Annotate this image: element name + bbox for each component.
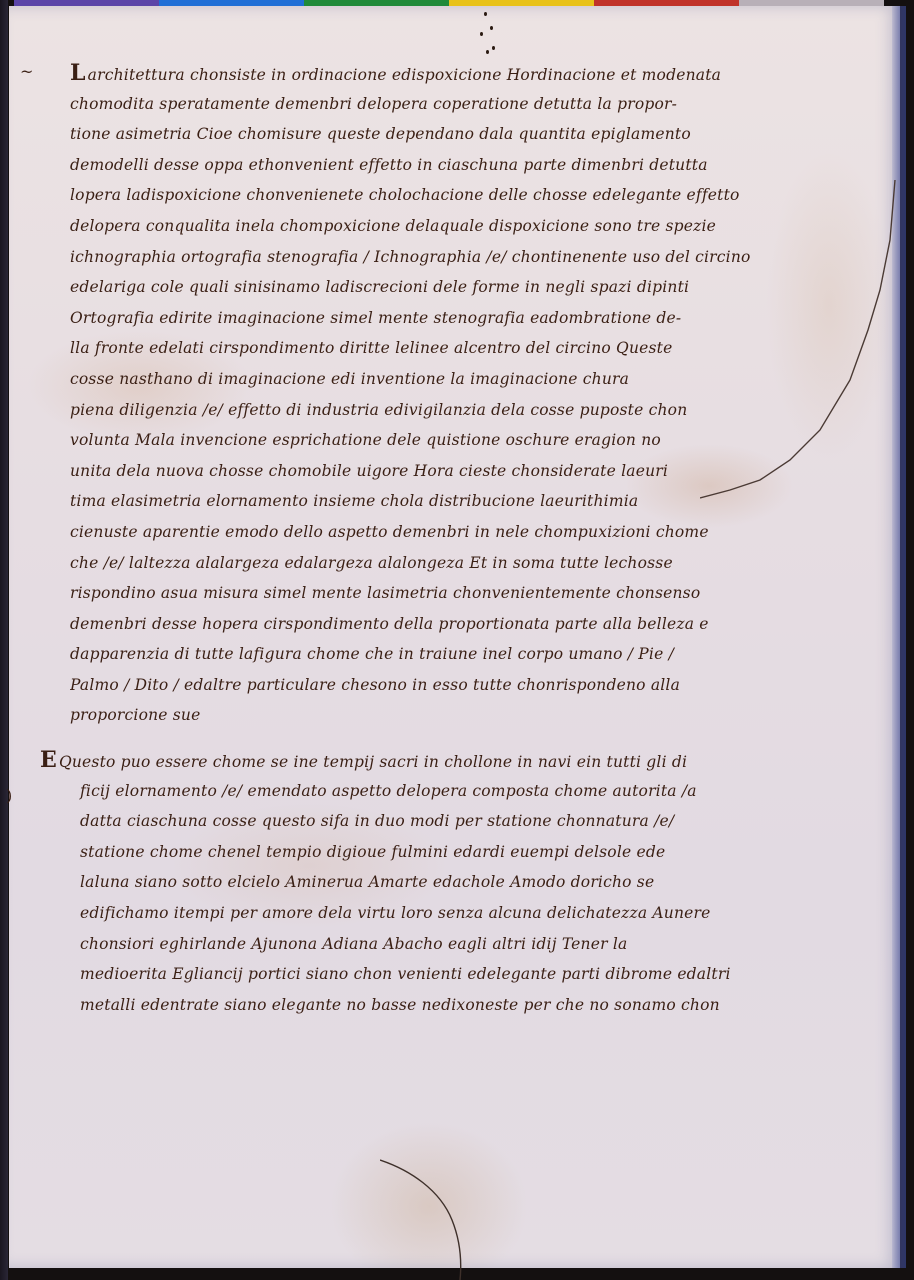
swatch-red bbox=[594, 0, 739, 6]
swatch-blue bbox=[159, 0, 304, 6]
margin-tilde-mark: ~ bbox=[20, 62, 33, 81]
text-line: Palmo / Dito / edaltre particulare cheso… bbox=[70, 670, 790, 701]
text-line: edelariga cole quali sinisinamo ladiscre… bbox=[70, 272, 790, 303]
paragraph-1: Larchitettura chonsiste in ordinacione e… bbox=[70, 58, 790, 731]
margin-bracket-mark: ) bbox=[6, 786, 12, 805]
text-line: delopera conqualita inela chompoxicione … bbox=[70, 211, 790, 242]
text-line: piena diligenzia /e/ effetto di industri… bbox=[70, 395, 790, 426]
text-line: lla fronte edelati cirspondimento diritt… bbox=[70, 333, 790, 364]
text-line: cienuste aparentie emodo dello aspetto d… bbox=[70, 517, 790, 548]
initial-letter: E bbox=[40, 747, 57, 773]
text-line: datta ciaschuna cosse questo sifa in duo… bbox=[70, 806, 790, 837]
text-line: rispondino asua misura simel mente lasim… bbox=[70, 578, 790, 609]
text-line: medioerita Egliancij portici siano chon … bbox=[70, 959, 790, 990]
text-line: ficij elornamento /e/ emendato aspetto d… bbox=[70, 776, 790, 807]
text-line: proporcione sue bbox=[70, 700, 790, 731]
text-line: lopera ladispoxicione chonvenienete chol… bbox=[70, 180, 790, 211]
text-line: demenbri desse hopera cirspondimento del… bbox=[70, 609, 790, 640]
initial-letter: L bbox=[70, 60, 86, 86]
text-line: chomodita speratamente demenbri delopera… bbox=[70, 89, 790, 120]
swatch-yellow bbox=[449, 0, 594, 6]
page-edge-binding bbox=[892, 6, 906, 1268]
text-line: EQuesto puo essere chome se ine tempij s… bbox=[40, 745, 790, 776]
text-line: chonsiori eghirlande Ajunona Adiana Abac… bbox=[70, 929, 790, 960]
text-line: tima elasimetria elornamento insieme cho… bbox=[70, 486, 790, 517]
scan-border-left bbox=[0, 0, 8, 1280]
paragraph-2: EQuesto puo essere chome se ine tempij s… bbox=[70, 745, 790, 1020]
text-line: statione chome chenel tempio digioue ful… bbox=[70, 837, 790, 868]
text-line: tione asimetria Cioe chomisure queste de… bbox=[70, 119, 790, 150]
text-line: dapparenzia di tutte lafigura chome che … bbox=[70, 639, 790, 670]
color-calibration-bar bbox=[14, 0, 884, 6]
text-line: unita dela nuova chosse chomobile uigore… bbox=[70, 456, 790, 487]
text-line: Larchitettura chonsiste in ordinacione e… bbox=[70, 58, 790, 89]
text-line: volunta Mala invencione esprichatione de… bbox=[70, 425, 790, 456]
text-line: demodelli desse oppa ethonvenient effett… bbox=[70, 150, 790, 181]
swatch-purple bbox=[14, 0, 159, 6]
text-line: cosse nasthano di imaginacione edi inven… bbox=[70, 364, 790, 395]
manuscript-text: Larchitettura chonsiste in ordinacione e… bbox=[70, 58, 790, 1020]
swatch-grey bbox=[739, 0, 884, 6]
text-line: laluna siano sotto elcielo Aminerua Amar… bbox=[70, 867, 790, 898]
text-line: edifichamo itempi per amore dela virtu l… bbox=[70, 898, 790, 929]
text-line: Ortografia edirite imaginacione simel me… bbox=[70, 303, 790, 334]
text-line: ichnographia ortografia stenografia / Ic… bbox=[70, 242, 790, 273]
swatch-green bbox=[304, 0, 449, 6]
text-line: che /e/ laltezza alalargeza edalargeza a… bbox=[70, 548, 790, 579]
text-line: metalli edentrate siano elegante no bass… bbox=[70, 990, 790, 1021]
